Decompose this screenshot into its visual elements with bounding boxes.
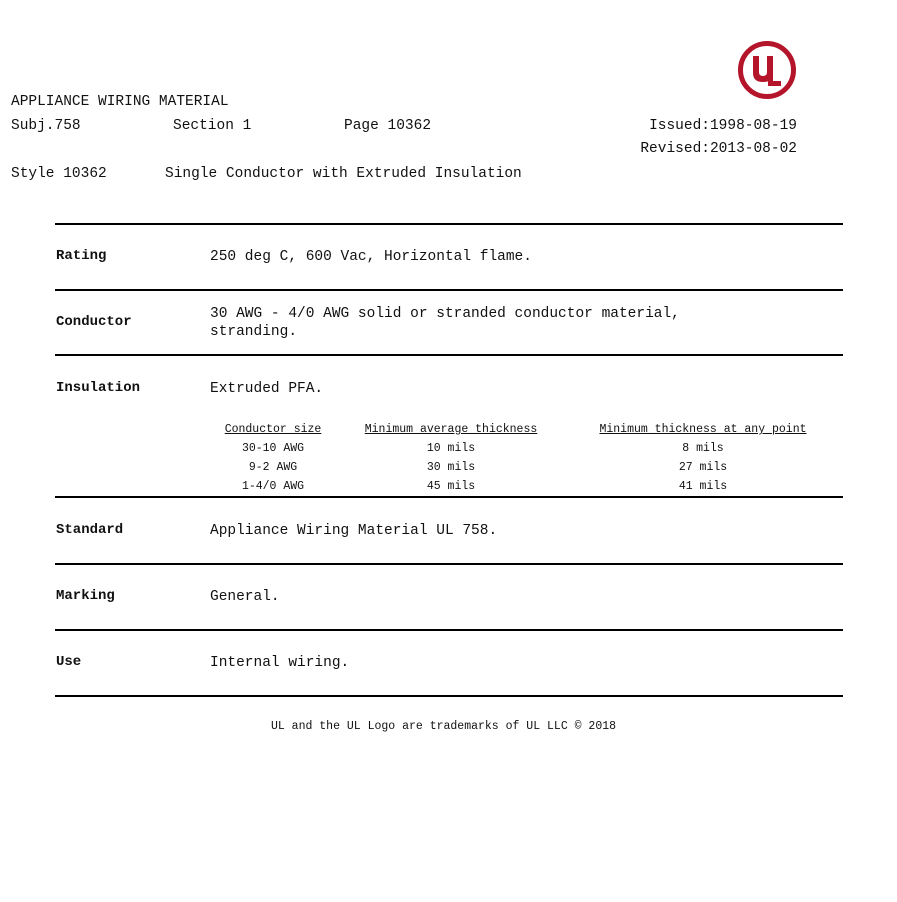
table-header-min-avg-thickness: Minimum average thickness xyxy=(351,423,551,436)
style-number: Style 10362 xyxy=(11,166,107,182)
rating-value: 250 deg C, 600 Vac, Horizontal flame. xyxy=(210,248,532,266)
standard-label: Standard xyxy=(56,522,123,538)
document-category: APPLIANCE WIRING MATERIAL xyxy=(11,94,229,110)
standard-value: Appliance Wiring Material UL 758. xyxy=(210,522,497,540)
divider xyxy=(55,695,843,697)
table-cell: 30-10 AWG xyxy=(213,442,333,455)
style-title: Single Conductor with Extruded Insulatio… xyxy=(165,166,522,182)
use-value: Internal wiring. xyxy=(210,654,349,672)
ul-logo-icon xyxy=(737,40,797,100)
table-header-conductor-size: Conductor size xyxy=(213,423,333,436)
table-cell: 27 mils xyxy=(588,461,818,474)
conductor-value: 30 AWG - 4/0 AWG solid or stranded condu… xyxy=(210,305,680,341)
rating-label: Rating xyxy=(56,248,106,264)
table-header-min-thickness-any-point: Minimum thickness at any point xyxy=(588,423,818,436)
trademark-footer: UL and the UL Logo are trademarks of UL … xyxy=(0,720,887,733)
marking-label: Marking xyxy=(56,588,115,604)
divider xyxy=(55,354,843,356)
conductor-label: Conductor xyxy=(56,314,132,330)
table-cell: 10 mils xyxy=(351,442,551,455)
divider xyxy=(55,223,843,225)
insulation-label: Insulation xyxy=(56,380,140,396)
divider xyxy=(55,563,843,565)
subject-number: Subj.758 xyxy=(11,118,81,134)
table-cell: 30 mils xyxy=(351,461,551,474)
table-cell: 1-4/0 AWG xyxy=(213,480,333,493)
insulation-value: Extruded PFA. xyxy=(210,380,323,398)
page-number: Page 10362 xyxy=(344,118,431,134)
table-cell: 41 mils xyxy=(588,480,818,493)
use-label: Use xyxy=(56,654,81,670)
table-cell: 8 mils xyxy=(588,442,818,455)
section-number: Section 1 xyxy=(173,118,251,134)
table-cell: 45 mils xyxy=(351,480,551,493)
divider xyxy=(55,289,843,291)
issued-date: Issued:1998-08-19 xyxy=(649,118,797,134)
revised-date: Revised:2013-08-02 xyxy=(640,141,797,157)
divider xyxy=(55,496,843,498)
marking-value: General. xyxy=(210,588,280,606)
table-cell: 9-2 AWG xyxy=(213,461,333,474)
divider xyxy=(55,629,843,631)
